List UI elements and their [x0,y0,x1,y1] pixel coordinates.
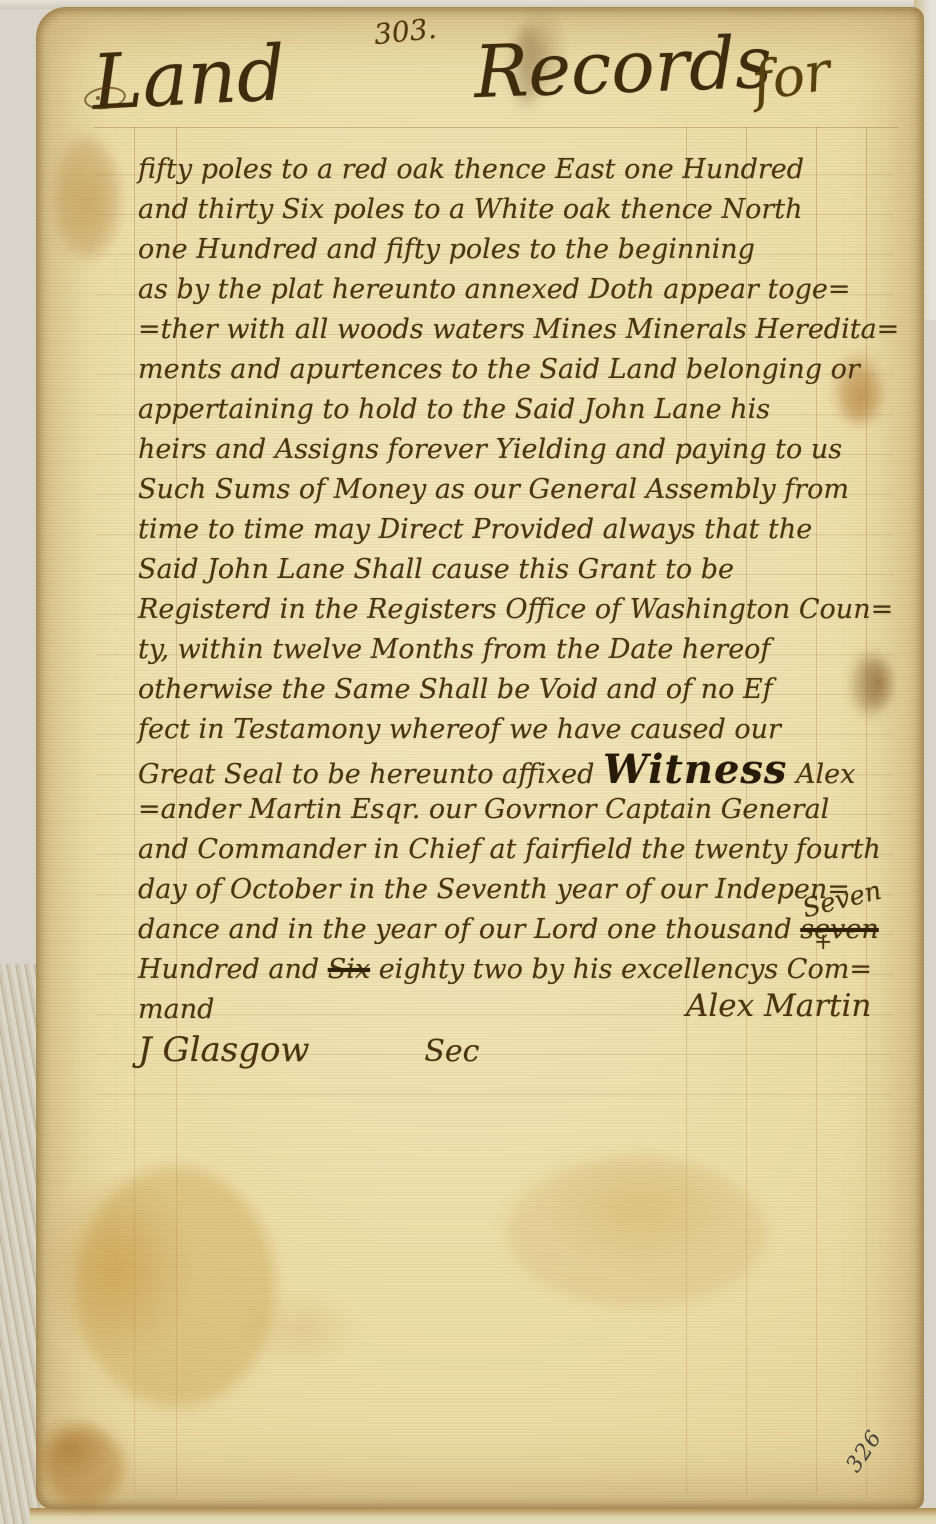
archive-number: 326 [842,1426,888,1477]
secretary-line: J Glasgow Sec [138,1030,924,1070]
title-word-records: Records [473,20,774,114]
deed-text-block: fifty poles to a red oak thence East one… [138,150,924,1070]
amended-line-post: eighty two by his excellencys Com= [379,954,872,985]
stain [54,137,118,257]
handwritten-line-witness: Great Seal to be hereunto affixed Witnes… [138,750,924,790]
handwritten-line: and thirty Six poles to a White oak then… [138,190,924,230]
amended-line-pre: Hundred and [138,954,319,985]
handwritten-line: =ander Martin Esqr. our Govrnor Captain … [138,790,924,830]
handwritten-line: and Commander in Chief at fairfield the … [138,830,924,870]
handwritten-line: heirs and Assigns forever Yielding and p… [138,430,924,470]
handwritten-line: Registerd in the Registers Office of Was… [138,590,924,630]
handwritten-line: Said John Lane Shall cause this Grant to… [138,550,924,590]
witness-word: Witness [603,746,787,793]
next-page-edge [30,1508,936,1524]
secretary-title: Sec [424,1034,479,1069]
paper-page: 303. Land Records for fifty poles to a r… [36,7,924,1509]
handwritten-line-amended: Hundred and Six eighty two by his excell… [138,950,924,990]
struck-word: Six [328,954,370,985]
handwritten-line: =ther with all woods waters Mines Minera… [138,310,924,350]
handwritten-line: fifty poles to a red oak thence East one… [138,150,924,190]
closing-word-mand: mand [138,994,214,1025]
handwritten-line: appertaining to hold to the Said John La… [138,390,924,430]
handwritten-line: ty, within twelve Months from the Date h… [138,630,924,670]
handwritten-line: Such Sums of Money as our General Assemb… [138,470,924,510]
witness-line-post: Alex [796,759,855,790]
title-word-for: for [748,39,835,113]
amended-line-pre: dance and in the year of our Lord one th… [138,914,792,945]
handwritten-line: one Hundred and fifty poles to the begin… [138,230,924,270]
closing-line: mand Alex Martin [138,990,924,1030]
handwritten-line: time to time may Direct Provided always … [138,510,924,550]
handwritten-line: fect in Testamony whereof we have caused… [138,710,924,750]
handwritten-line: ments and apurtences to the Said Land be… [138,350,924,390]
chain-line [134,127,135,1495]
stain [506,1157,766,1307]
witness-line-pre: Great Seal to be hereunto affixed [138,759,594,790]
stain [44,1427,124,1505]
title-word-land: Land [90,28,288,127]
handwritten-line: as by the plat hereunto annexed Doth app… [138,270,924,310]
scanned-book-page: 303. Land Records for fifty poles to a r… [0,0,936,1524]
page-number: 303. [372,12,437,51]
governor-signature: Alex Martin [686,986,871,1026]
handwritten-line: otherwise the Same Shall be Void and of … [138,670,924,710]
secretary-signature: J Glasgow [138,1030,310,1070]
insertion-caret: + [814,930,832,955]
header-rule [94,127,898,128]
